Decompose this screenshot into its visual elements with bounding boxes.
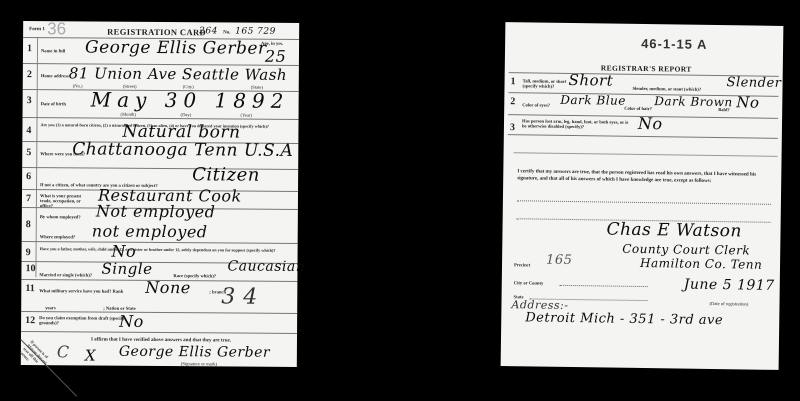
registrar-signature: Chas E Watson [606, 220, 742, 242]
nation-state-label: ; Nation or State [103, 306, 135, 311]
report-title: REGISTRAR'S REPORT [601, 63, 692, 73]
affirmation-text: I affirm that I have verified above answ… [91, 338, 231, 344]
sub-caption: (Day) [181, 112, 192, 117]
hair-color-label: Color of hair? [624, 106, 652, 111]
no-label: No. [223, 30, 230, 35]
dependents-label: Have you a father, mother, wife, child u… [40, 243, 292, 257]
sub-caption: (No.) [73, 83, 83, 88]
marital-status-label: Married or single (which)? [39, 272, 92, 277]
home-address-label: Home address [41, 73, 69, 78]
employer-value: Not employed [96, 202, 216, 222]
employment-place-label: Where employed? [40, 234, 76, 239]
disability-value: No [638, 114, 663, 133]
military-service-value: None [145, 278, 191, 297]
build-label: Slender, medium, or stout (which)? [632, 86, 701, 92]
race-value: Caucasian [227, 258, 305, 275]
rule [508, 134, 778, 139]
precinct-value: 165 [546, 253, 573, 268]
row-number: 7 [26, 193, 31, 204]
margin-annotation: 3 4 [221, 284, 258, 309]
name-label: Name in full [41, 48, 65, 53]
row-number: 12 [25, 315, 35, 326]
serial-stamp: 46-1-15 A [641, 36, 708, 52]
row-number: 11 [25, 283, 35, 294]
row-number: 1 [511, 76, 516, 87]
registration-date: June 5 1917 [684, 277, 775, 294]
rule [21, 311, 297, 314]
build-value: Slender [726, 75, 781, 91]
row-number: 10 [25, 263, 35, 274]
age-value: 25 [265, 47, 286, 66]
sub-caption: (Year) [241, 113, 253, 118]
employer-label: By whom employed? [40, 214, 81, 219]
address-note-value: Detroit Mich - 351 - 3rd ave [525, 310, 723, 328]
row-number: 3 [510, 122, 515, 133]
military-service-label: What military service have you had? Rank [39, 288, 123, 294]
card-number-right: 165 729 [235, 27, 276, 37]
registration-card-front: Form 1 36 REGISTRATION CARD 264 No. 165 … [21, 21, 299, 367]
date-caption: (Date of registration) [709, 301, 748, 307]
name-value: George Ellis Gerber [85, 37, 267, 58]
row-number: 4 [26, 125, 31, 136]
row-number: 8 [26, 219, 31, 230]
row-number: 3 [27, 95, 32, 106]
mark-c: C [57, 342, 70, 361]
dob-value: May 30 1892 [91, 88, 290, 113]
exemption-value: No [119, 312, 144, 331]
sub-caption: (Month) [121, 112, 136, 117]
rule [514, 152, 778, 157]
foreign-citizenship-value: Citizen [192, 164, 260, 185]
card-title: REGISTRATION CARD [107, 27, 206, 38]
row-number: 2 [510, 96, 515, 107]
registrant-signature: George Ellis Gerber [119, 344, 270, 361]
registrar-county: Hamilton Co. Tenn [640, 256, 762, 272]
height-label: Tall, medium, or short (specify which)? [522, 78, 566, 89]
marital-status-value: Single [101, 260, 152, 278]
registrars-report-back: 46-1-15 A REGISTRAR'S REPORT 1 Tall, med… [501, 22, 784, 370]
age-label: Age, in yrs. [261, 41, 283, 46]
row-number: 2 [27, 69, 32, 80]
form-label: Form 1 [29, 27, 45, 32]
height-value: Short [568, 71, 613, 90]
row-number: 1 [27, 43, 32, 54]
row-number: 6 [26, 171, 31, 182]
eye-color-label: Color of eyes? [522, 102, 550, 107]
home-address-value: 81 Union Ave Seattle Wash [69, 64, 287, 84]
years-label: years [45, 305, 56, 310]
blank-line [560, 285, 648, 287]
card-number-left: 264 [199, 26, 218, 36]
mark-x: X [85, 346, 96, 364]
exemption-label: Do you claim exemption from draft (speci… [39, 315, 125, 326]
dependents-value: No [112, 242, 137, 261]
disability-label: Has person lost arm, leg, hand, foot, or… [522, 118, 632, 130]
bald-value: No [736, 93, 759, 111]
row-number: 5 [26, 147, 31, 158]
birthplace-value: Chattanooga Tenn U.S.A [72, 139, 293, 161]
dob-label: Date of birth [41, 101, 66, 106]
employment-place-value: not employed [92, 222, 208, 242]
precinct-label: Precinct [514, 262, 530, 267]
bald-label: Bald? [718, 107, 730, 112]
eye-color-value: Dark Blue [560, 93, 626, 108]
blank-line [517, 200, 771, 205]
signature-caption: (Signature or mark) [181, 361, 217, 366]
city-county-label: City or County [514, 280, 544, 285]
certification-text: I certify that my answers are true, that… [517, 168, 773, 186]
rule [21, 331, 297, 334]
row-number: 9 [26, 247, 31, 258]
